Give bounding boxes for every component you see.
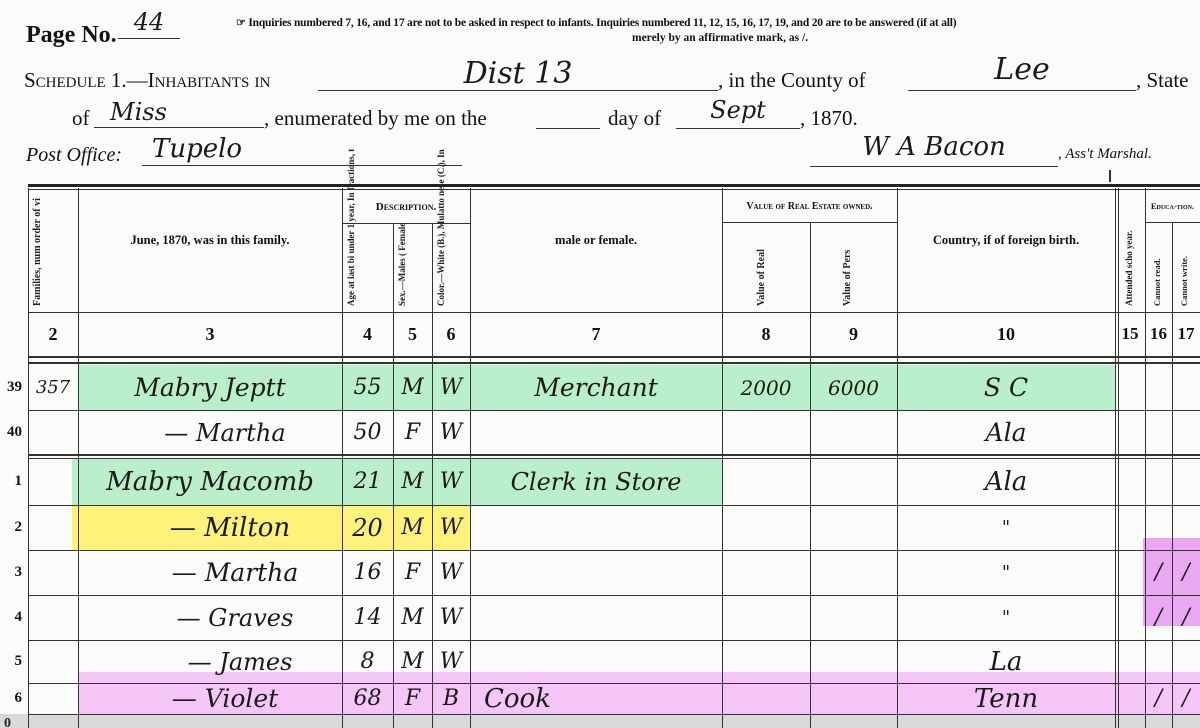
- birthplace: ": [897, 595, 1115, 640]
- color: W: [432, 640, 470, 683]
- page-number-label: Page No.: [26, 22, 117, 49]
- sex: M: [393, 458, 432, 505]
- cannot-write-mark: /: [1172, 683, 1200, 714]
- header-education-group: Educa-tion.: [1145, 192, 1200, 220]
- header-divider: [28, 312, 1200, 313]
- day-of-label: day of: [608, 106, 661, 131]
- birthplace: Tenn: [897, 683, 1115, 714]
- colnum-6: 6: [432, 314, 470, 354]
- state-field: Miss: [94, 98, 264, 128]
- color: W: [432, 595, 470, 640]
- tick-mark: [1109, 170, 1111, 182]
- sex: F: [393, 550, 432, 595]
- person-name: — Martha: [78, 550, 342, 595]
- birthplace: ": [897, 550, 1115, 595]
- sex: F: [393, 683, 432, 714]
- day-field: [536, 100, 600, 129]
- birthplace: S C: [897, 365, 1115, 410]
- colnum-5: 5: [393, 314, 432, 354]
- age: 68: [342, 683, 393, 714]
- cannot-read-mark: /: [1145, 595, 1172, 640]
- age: 55: [342, 365, 393, 410]
- header-name: June, 1870, was in this family.: [78, 190, 342, 290]
- county-field: Lee: [908, 52, 1136, 91]
- sex: F: [393, 410, 432, 455]
- header-school: Attended scho year.: [1124, 194, 1134, 306]
- sex: M: [393, 505, 432, 550]
- line-number: 2: [0, 505, 22, 550]
- color: W: [432, 505, 470, 550]
- data-top-rule: [28, 362, 1200, 364]
- notice-line-2: merely by an affirmative mark, as /.: [632, 32, 808, 44]
- cannot-write-mark: /: [1172, 595, 1200, 640]
- person-name: — James: [78, 640, 342, 683]
- color: W: [432, 550, 470, 595]
- birthplace: ": [897, 505, 1115, 550]
- col-line: [810, 222, 811, 728]
- colnum-15: 15: [1115, 314, 1145, 354]
- color: W: [432, 365, 470, 410]
- line-number: 1: [0, 458, 22, 505]
- line-number: 6: [0, 683, 22, 714]
- next-row-strip: [0, 714, 1200, 728]
- birthplace: Ala: [897, 410, 1115, 455]
- colnum-7: 7: [470, 314, 722, 354]
- line-number: 5: [0, 640, 22, 683]
- header-cannot-read: Cannot read.: [1152, 226, 1162, 306]
- cannot-read-mark: /: [1145, 550, 1172, 595]
- age: 14: [342, 595, 393, 640]
- occupation: Merchant: [470, 365, 722, 410]
- place-field: Dist 13: [318, 56, 718, 91]
- person-name: — Violet: [78, 683, 342, 714]
- state-label: , State: [1136, 68, 1189, 93]
- col-line: [1172, 222, 1173, 728]
- page-number-value: 44: [118, 8, 180, 39]
- real-estate-value: 2000: [722, 365, 810, 410]
- schedule-label: Schedule 1.—Inhabitants in: [24, 68, 270, 93]
- person-name: — Martha: [78, 410, 342, 455]
- of-label: of: [72, 106, 90, 131]
- header-cannot-write: Cannot write.: [1179, 226, 1189, 306]
- header-families: Families, num order of vi: [32, 194, 43, 306]
- row-line: [28, 714, 1200, 715]
- family-number: 357: [28, 365, 78, 410]
- col-line: [1145, 188, 1146, 728]
- colnum-9: 9: [810, 314, 897, 354]
- col-line: [722, 188, 723, 728]
- county-label: , in the County of: [718, 68, 866, 93]
- col-line: [1115, 188, 1116, 728]
- sex: M: [393, 365, 432, 410]
- colnum-3: 3: [78, 314, 342, 354]
- col-line: [1118, 188, 1119, 728]
- person-name: Mabry Jeptt: [78, 365, 342, 410]
- enumerated-label: , enumerated by me on the: [264, 106, 487, 131]
- notice-line-1: ☞ Inquiries numbered 7, 16, and 17 are n…: [236, 16, 956, 29]
- sex: M: [393, 640, 432, 683]
- age: 21: [342, 458, 393, 505]
- header-occupation: male or female.: [470, 190, 722, 290]
- numbers-divider: [28, 356, 1200, 358]
- post-office-field: Tupelo: [142, 134, 462, 166]
- header-age: Age at last bi under 1 year, In fraction…: [346, 226, 356, 306]
- person-name: — Milton: [78, 505, 342, 550]
- marshal-signature: W A Bacon: [810, 132, 1058, 167]
- colnum-17: 17: [1172, 314, 1200, 354]
- colnum-4: 4: [342, 314, 393, 354]
- age: 8: [342, 640, 393, 683]
- header-description-group: Description.: [342, 192, 470, 222]
- personal-estate-value: 6000: [810, 365, 897, 410]
- age: 16: [342, 550, 393, 595]
- cannot-write-mark: /: [1172, 550, 1200, 595]
- header-sex: Sex.—Males ( Female: [397, 226, 407, 306]
- post-office-label: Post Office:: [26, 144, 122, 167]
- year-label: , 1870.: [800, 106, 858, 131]
- color: W: [432, 458, 470, 505]
- header-personal-estate: Value of Pers: [842, 226, 853, 306]
- header-real-estate: Value of Real: [756, 226, 767, 306]
- marshal-label: , Ass't Marshal.: [1058, 146, 1152, 163]
- color: W: [432, 410, 470, 455]
- header-birthplace: Country, if of foreign birth.: [897, 190, 1115, 290]
- month-field: Sept: [676, 96, 800, 129]
- next-line-number: 0: [4, 716, 11, 728]
- cannot-read-mark: /: [1145, 683, 1172, 714]
- colnum-16: 16: [1145, 314, 1172, 354]
- age: 50: [342, 410, 393, 455]
- colnum-2: 2: [28, 314, 78, 354]
- header-value-group: Value of Real Estate owned.: [722, 192, 897, 220]
- pointing-hand-icon: ☞: [236, 17, 246, 29]
- colnum-10: 10: [897, 314, 1115, 354]
- birthplace: La: [897, 640, 1115, 683]
- color: B: [432, 683, 470, 714]
- person-name: — Graves: [78, 595, 342, 640]
- line-number: 39: [0, 365, 22, 410]
- age: 20: [342, 505, 393, 550]
- col-line: [28, 188, 29, 728]
- colnum-8: 8: [722, 314, 810, 354]
- sex: M: [393, 595, 432, 640]
- occupation: Clerk in Store: [470, 458, 722, 505]
- header-color: Color.—White (B.), Mulatto nese (C.), In: [436, 226, 446, 306]
- birthplace: Ala: [897, 458, 1115, 505]
- person-name: Mabry Macomb: [78, 458, 342, 505]
- occupation: Cook: [470, 683, 722, 714]
- line-number: 40: [0, 410, 22, 455]
- table-top-rule: [28, 184, 1200, 187]
- line-number: 3: [0, 550, 22, 595]
- line-number: 4: [0, 595, 22, 640]
